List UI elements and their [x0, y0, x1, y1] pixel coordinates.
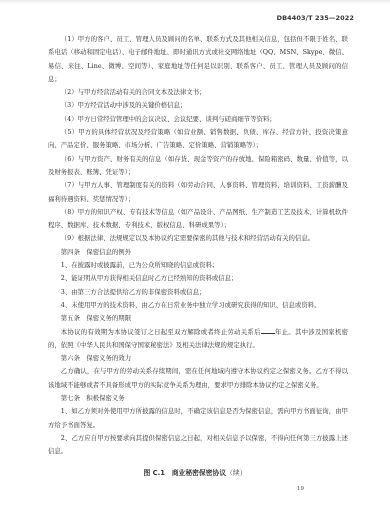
caption-main: 图 C.1 商业秘密保密协议	[143, 469, 226, 477]
list-item: 2、乙方应自甲方按要求向其提供保密信息之日起，对相关信息予以保密，不得向任何第三…	[48, 432, 348, 459]
document-code: DB4403/T 235—2022	[277, 14, 354, 22]
list-item: （1）甲方的客户、员工、管理人员及顾问的名单、联系方式及其他相关信息，包括但不限…	[48, 33, 348, 86]
list-item: 1、在披露时或披露前，已为公众所知晓的信息或资料；	[48, 259, 348, 272]
document-body: （1）甲方的客户、员工、管理人员及顾问的名单、联系方式及其他相关信息，包括但不限…	[48, 33, 348, 459]
caption-continued: （续）	[226, 469, 246, 477]
list-item: （8）甲方的知识产权、专有技术等信息（如产品设计、产品图纸、生产制造工艺及技术、…	[48, 206, 348, 233]
list-item: （7）与甲方人事、管理制度有关的资料（如劳动合同、人事资料、管理资料、培训资料、…	[48, 179, 348, 206]
article-5-title: 第五条 保密义务的期限	[48, 312, 348, 325]
list-item: 2、能证明从甲方获得相关信息时乙方已经熟知的资料或信息；	[48, 272, 348, 285]
article-6-title: 第六条 保密义务的效力	[48, 352, 348, 365]
list-item: （6）与甲方资产、财务有关的信息（如存货、现金等资产的存放地、保险箱密码、数量、…	[48, 153, 348, 180]
list-item: （5）甲方的具体经营状况及经营策略（如营业额、销售数据、负债、库存、经营方针、投…	[48, 126, 348, 153]
article-5-text: 本协议的有效期为本协议签订之日起至双方解除或者终止劳动关系后年止。其中涉及国家机…	[48, 326, 348, 353]
figure-caption: 图 C.1 商业秘密保密协议（续）	[0, 467, 390, 477]
list-item: 4、未使用甲方的技术资料，由乙方在日常业务中独立学习或研究获得的知识、信息或资料…	[48, 299, 348, 312]
list-item: （9）根据法律、法规规定以及本协议约定需要保密的其他与技术和经营活动有关的信息。	[48, 232, 348, 245]
article-6-text: 乙方确认，在与甲方的劳动关系存续期间，需在任何地域内遵守本协议约定之保密义务。乙…	[48, 365, 348, 392]
fill-in-blank	[261, 327, 275, 334]
article-7-title: 第七条 积极保密义务	[48, 392, 348, 405]
list-item: 3、由第三方合法提供给乙方的非保密资料或信息；	[48, 286, 348, 299]
page-number: 19	[297, 486, 304, 492]
list-item: （3）甲方经营活动中涉及的关键价格信息；	[48, 99, 348, 112]
article-4-title: 第四条 保密信息的例外	[48, 246, 348, 259]
list-item: 1、如乙方须对外使用甲方所披露的信息时，不确定该信息是否为保密信息，需向甲方书面…	[48, 405, 348, 432]
list-item: （4）甲方日常经营管理中的会议决议、会议纪要、谈判与磋商细节等资料；	[48, 113, 348, 126]
article-5-text-before: 本协议的有效期为本协议签订之日起至双方解除或者终止劳动关系后	[61, 328, 261, 336]
list-item: （2）与甲方经营活动有关的合同文本及法律文书；	[48, 86, 348, 99]
page-top-shadow	[0, 0, 390, 4]
